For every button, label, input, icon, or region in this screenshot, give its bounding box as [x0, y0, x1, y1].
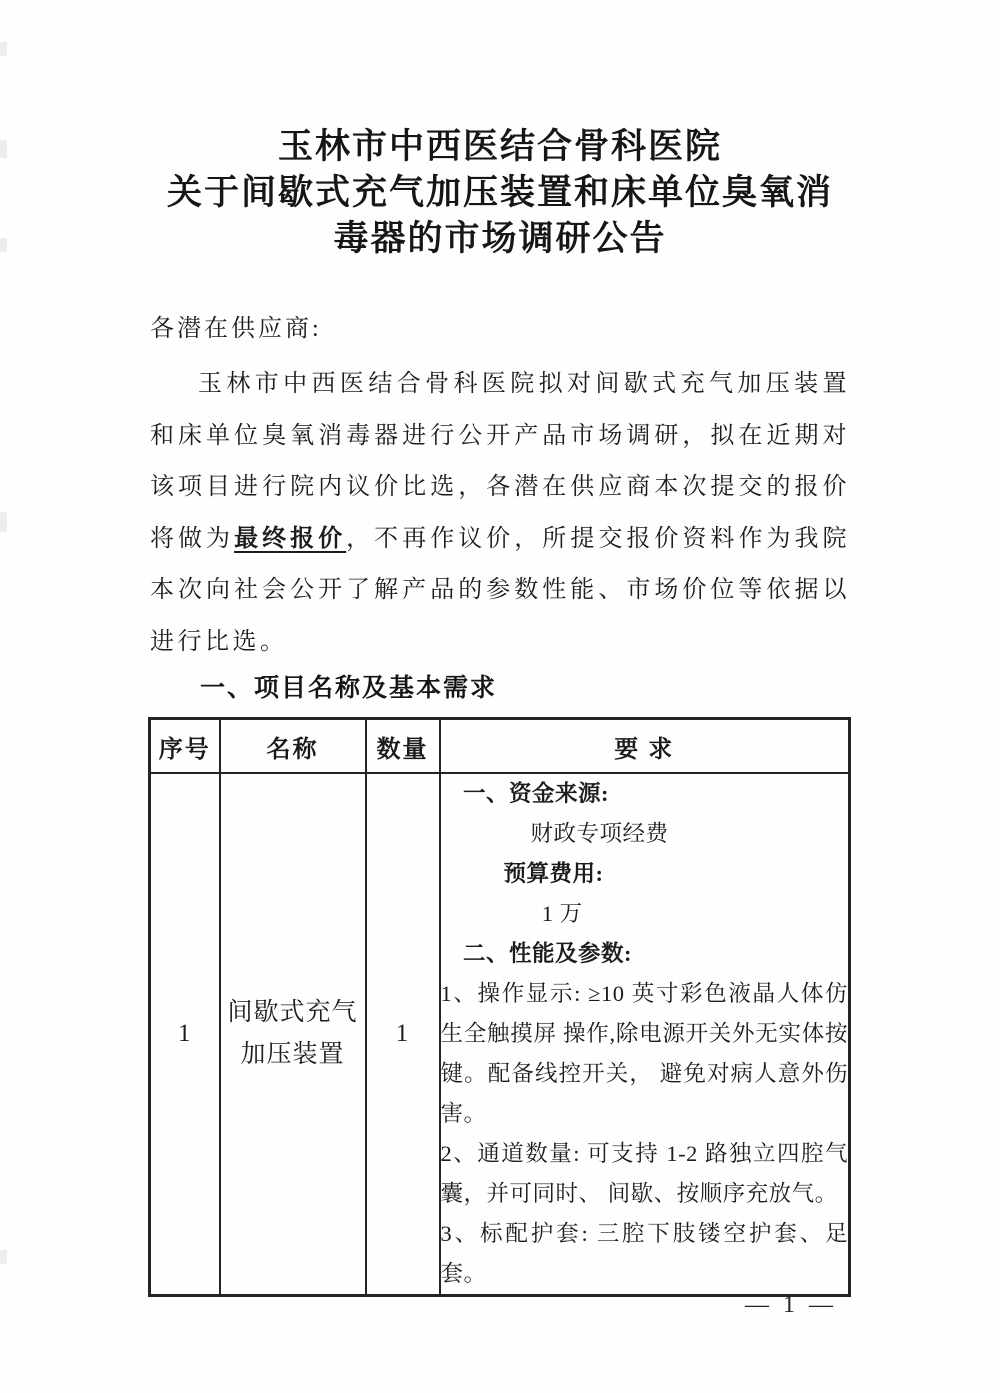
header-seq: 序号 [150, 719, 220, 774]
title-line-2: 关于间歇式充气加压装置和床单位臭氧消 [0, 170, 1000, 216]
page-number: — 1 — [745, 1292, 837, 1319]
item-name-line-2: 加压装置 [221, 1034, 365, 1076]
header-name: 名称 [220, 719, 366, 774]
title-line-3: 毒器的市场调研公告 [0, 216, 1000, 262]
cell-qty: 1 [366, 773, 440, 1296]
cell-name: 间歇式充气 加压装置 [220, 773, 366, 1296]
salutation: 各潜在供应商: [150, 308, 322, 343]
scan-artifact [0, 42, 7, 56]
req-spec-display: 1、操作显示: ≥10 英寸彩色液晶人体仿生全触摸屏 操作,除电源开关外无实体按… [441, 974, 849, 1134]
table-row: 1 间歇式充气 加压装置 1 一、资金来源: 财政专项经费 预算费用: 1 万 … [150, 773, 850, 1296]
body-paragraph: 玉林市中西医结合骨科医院拟对间歇式充气加压装置和床单位臭氧消毒器进行公开产品市场… [150, 359, 850, 668]
document-page: 玉林市中西医结合骨科医院 关于间歇式充气加压装置和床单位臭氧消 毒器的市场调研公… [0, 0, 1000, 1393]
paragraph-text-before: 玉林市中西医结合骨科医院拟对间歇式充气加压装置和床单位臭氧消毒器进行公开产品市场… [150, 371, 850, 552]
req-funding-source-value: 财政专项经费 [441, 814, 849, 854]
req-funding-source-heading: 一、资金来源: [441, 774, 849, 814]
req-budget-heading: 预算费用: [441, 854, 849, 894]
header-requirements: 要 求 [440, 719, 850, 774]
req-spec-channels: 2、通道数量: 可支持 1-2 路独立四腔气囊，并可同时、 间歇、按顺序充放气。 [441, 1134, 849, 1214]
header-qty: 数量 [366, 719, 440, 774]
scan-artifact [0, 512, 7, 532]
section-heading: 一、项目名称及基本需求 [150, 668, 850, 704]
requirements-table: 序号 名称 数量 要 求 1 间歇式充气 加压装置 1 一、资金来源: 财政专项… [148, 717, 851, 1297]
req-budget-value: 1 万 [441, 894, 849, 934]
req-spec-sleeves: 3、标配护套: 三腔下肢镂空护套、足套。 [441, 1214, 849, 1294]
req-performance-heading: 二、性能及参数: [441, 934, 849, 974]
cell-requirements: 一、资金来源: 财政专项经费 预算费用: 1 万 二、性能及参数: 1、操作显示… [440, 773, 850, 1296]
title-line-1: 玉林市中西医结合骨科医院 [0, 124, 1000, 170]
scan-artifact [0, 1250, 7, 1264]
underlined-final-quote-term: 最终报价 [234, 526, 346, 552]
cell-seq: 1 [150, 773, 220, 1296]
document-title: 玉林市中西医结合骨科医院 关于间歇式充气加压装置和床单位臭氧消 毒器的市场调研公… [0, 124, 1000, 262]
item-name-line-1: 间歇式充气 [221, 992, 365, 1034]
table-header-row: 序号 名称 数量 要 求 [150, 719, 850, 774]
